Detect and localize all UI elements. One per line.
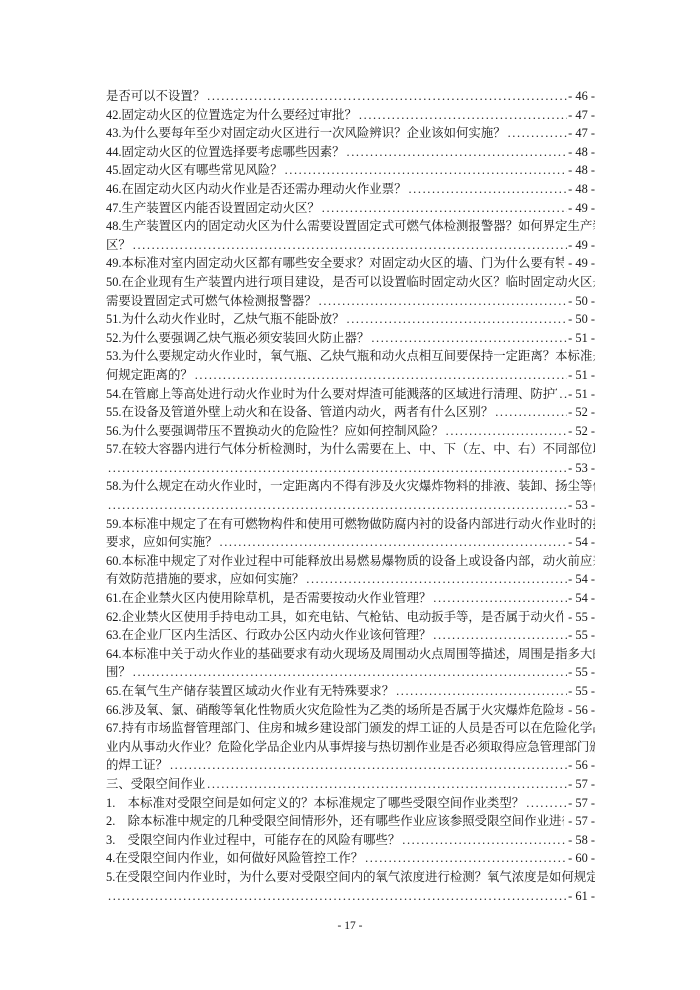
toc-entry-text: 要求，应如何实施？	[106, 533, 218, 552]
dot-leader	[345, 310, 568, 329]
toc-page-number: - 48 -	[567, 143, 595, 162]
toc-entry-text: 1. 本标准对受限空间是如何定义的？本标准规定了哪些受限空间作业类型？	[106, 794, 524, 813]
dot-leader	[317, 292, 568, 311]
toc-entry-text: 63.在企业厂区内生活区、行政办公区内动火作业该何管理？	[106, 626, 431, 645]
dot-leader	[131, 663, 567, 682]
toc-entry-line-last: - 53 -	[106, 496, 595, 515]
toc-entry-line-last: 46.在固定动火区内动火作业是否还需办理动火作业票？- 48 -	[106, 180, 595, 199]
toc-entry-line-last: 52.为什么要强调乙炔气瓶必须安装回火防止器？- 51 -	[106, 329, 595, 348]
toc-entry: 49.本标准对室内固定动火区都有哪些安全要求？对固定动火区的墙、门为什么要有特殊…	[106, 254, 595, 273]
toc-page-number: - 49 -	[567, 236, 595, 255]
toc-page-number: - 52 -	[567, 422, 595, 441]
toc-entry-text: 2. 除本标准中规定的几种受限空间情形外，还有哪些作业应该参照受限空间作业进行管…	[106, 812, 564, 831]
toc-entry-line-last: 42.固定动火区的位置选定为什么要经过审批？- 47 -	[106, 106, 595, 125]
toc-entry: 60.本标准中规定了对作业过程中可能释放出易燃易爆物质的设备上或设备内部，动火前…	[106, 552, 595, 589]
toc-page-number: - 51 -	[567, 329, 595, 348]
toc-entry-text: 区？	[106, 236, 131, 255]
dot-leader	[444, 422, 568, 441]
toc-entry-line-last: 三、受限空间作业- 57 -	[106, 775, 595, 794]
toc-entry-text: 44.固定动火区的位置选择要考虑哪些因素？	[106, 143, 345, 162]
toc-list: 是否可以不设置？- 46 -42.固定动火区的位置选定为什么要经过审批？- 47…	[106, 87, 595, 905]
toc-page-number: - 61 -	[567, 887, 595, 906]
toc-page-number: - 56 -	[567, 701, 595, 720]
toc-entry-text: 54.在管廊上等高处进行动火作业时为什么要对焊渣可能溅落的区域进行清理、防护？	[106, 385, 557, 404]
toc-page-number: - 52 -	[567, 403, 595, 422]
toc-entry: 52.为什么要强调乙炔气瓶必须安装回火防止器？- 51 -	[106, 329, 595, 348]
dot-leader	[431, 589, 567, 608]
toc-entry-line-last: 62.企业禁火区使用手持电动工具，如充电钻、气枪钻、电动扳手等，是否属于动火作业…	[106, 608, 595, 627]
dot-leader	[406, 180, 567, 199]
toc-entry: 59.本标准中规定了在有可燃物构件和使用可燃物做防腐内衬的设备内部进行动火作业时…	[106, 515, 595, 552]
toc-entry: 是否可以不设置？- 46 -	[106, 87, 595, 106]
dot-leader	[205, 87, 567, 106]
toc-page-number: - 47 -	[567, 106, 595, 125]
dot-leader	[304, 570, 567, 589]
toc-entry-text: 66.涉及氧、氯、硝酸等氧化性物质火灾危险性为乙类的场所是否属于火灾爆炸危险场所…	[106, 701, 563, 720]
toc-entry-text: 65.在氧气生产储存装置区域动火作业有无特殊要求？	[106, 682, 394, 701]
dot-leader	[524, 794, 567, 813]
toc-entry-line-last: 区？- 49 -	[106, 236, 595, 255]
toc-entry-text: 3. 受限空间内作业过程中，可能存在的风险有哪些？	[106, 831, 400, 850]
dot-leader	[363, 849, 567, 868]
dot-leader	[320, 199, 567, 218]
toc-page-number: - 53 -	[567, 459, 595, 478]
toc-entry: 57.在较大容器内进行气体分析检测时，为什么需要在上、中、下（左、中、右）不同部…	[106, 440, 595, 477]
toc-entry: 46.在固定动火区内动火作业是否还需办理动火作业票？- 48 -	[106, 180, 595, 199]
toc-page-number: - 48 -	[567, 180, 595, 199]
toc-entry-line: 60.本标准中规定了对作业过程中可能释放出易燃易爆物质的设备上或设备内部，动火前…	[106, 552, 595, 571]
toc-entry-line-last: 4.在受限空间内作业，如何做好风险管控工作？- 60 -	[106, 849, 595, 868]
toc-entry-text: 56.为什么要强调带压不置换动火的危险性？应如何控制风险？	[106, 422, 444, 441]
toc-entry-line-last: 是否可以不设置？- 46 -	[106, 87, 595, 106]
toc-entry-line: 59.本标准中规定了在有可燃物构件和使用可燃物做防腐内衬的设备内部进行动火作业时…	[106, 515, 595, 534]
toc-entry-text: 的焊工证？	[106, 756, 168, 775]
toc-entry-line-last: 51.为什么动火作业时，乙炔气瓶不能卧放？- 50 -	[106, 310, 595, 329]
toc-entry-line-last: 47.生产装置区内能否设置固定动火区？- 49 -	[106, 199, 595, 218]
toc-entry-line-last: 1. 本标准对受限空间是如何定义的？本标准规定了哪些受限空间作业类型？- 57 …	[106, 794, 595, 813]
toc-entry: 1. 本标准对受限空间是如何定义的？本标准规定了哪些受限空间作业类型？- 57 …	[106, 794, 595, 813]
toc-entry-text: 55.在设备及管道外壁上动火和在设备、管道内动火，两者有什么区别？	[106, 403, 493, 422]
toc-entry-line-last: 要求，应如何实施？- 54 -	[106, 533, 595, 552]
toc-page-number: - 55 -	[567, 608, 595, 627]
toc-entry-text: 47.生产装置区内能否设置固定动火区？	[106, 199, 320, 218]
toc-entry: 45.固定动火区有哪些常见风险？- 48 -	[106, 161, 595, 180]
dot-leader	[106, 496, 567, 515]
toc-page-number: - 55 -	[567, 663, 595, 682]
toc-page-number: - 49 -	[567, 199, 595, 218]
toc-entry-line-last: 围？- 55 -	[106, 663, 595, 682]
toc-entry-line: 58.为什么规定在动火作业时，一定距离内不得有涉及火灾爆炸物料的排液、装卸、扬尘…	[106, 477, 595, 496]
toc-entry-line-last: 65.在氧气生产储存装置区域动火作业有无特殊要求？- 55 -	[106, 682, 595, 701]
toc-entry-text: 有效防范措施的要求，应如何实施？	[106, 570, 304, 589]
toc-page-number: - 57 -	[567, 812, 595, 831]
toc-entry-text: 何规定距离的？	[106, 366, 193, 385]
toc-page-number: - 47 -	[567, 124, 595, 143]
toc-entry: 44.固定动火区的位置选择要考虑哪些因素？- 48 -	[106, 143, 595, 162]
toc-page-number: - 53 -	[567, 496, 595, 515]
toc-entry-text: 46.在固定动火区内动火作业是否还需办理动火作业票？	[106, 180, 406, 199]
toc-entry: 4.在受限空间内作业，如何做好风险管控工作？- 60 -	[106, 849, 595, 868]
toc-entry-text: 45.固定动火区有哪些常见风险？	[106, 161, 283, 180]
toc-page-number: - 48 -	[567, 161, 595, 180]
dot-leader	[106, 459, 567, 478]
toc-entry-text: 围？	[106, 663, 131, 682]
toc-entry-text: 是否可以不设置？	[106, 87, 205, 106]
toc-entry-text: 51.为什么动火作业时，乙炔气瓶不能卧放？	[106, 310, 345, 329]
dot-leader	[394, 682, 567, 701]
toc-page-number: - 51 -	[567, 385, 595, 404]
toc-page-number: - 50 -	[567, 310, 595, 329]
toc-page-number: - 57 -	[567, 775, 595, 794]
dot-leader	[506, 124, 568, 143]
toc-entry-line-last: 需要设置固定式可燃气体检测报警器？- 50 -	[106, 292, 595, 311]
toc-entry-text: 62.企业禁火区使用手持电动工具，如充电钻、气枪钻、电动扳手等，是否属于动火作业…	[106, 608, 563, 627]
toc-entry: 42.固定动火区的位置选定为什么要经过审批？- 47 -	[106, 106, 595, 125]
dot-leader	[431, 626, 567, 645]
toc-entry: 43.为什么要每年至少对固定动火区进行一次风险辨识？企业该如何实施？- 47 -	[106, 124, 595, 143]
toc-page-number: - 58 -	[567, 831, 595, 850]
toc-entry: 66.涉及氧、氯、硝酸等氧化性物质火灾危险性为乙类的场所是否属于火灾爆炸危险场所…	[106, 701, 595, 720]
toc-entry: 62.企业禁火区使用手持电动工具，如充电钻、气枪钻、电动扳手等，是否属于动火作业…	[106, 608, 595, 627]
dot-leader	[106, 887, 567, 906]
toc-entry-line-last: 的焊工证？- 56 -	[106, 756, 595, 775]
toc-entry-line: 48.生产装置区内的固定动火区为什么需要设置固定式可燃气体检测报警器？如何界定生…	[106, 217, 595, 236]
dot-leader	[131, 236, 567, 255]
toc-entry-line-last: 49.本标准对室内固定动火区都有哪些安全要求？对固定动火区的墙、门为什么要有特殊…	[106, 254, 595, 273]
toc-entry-line: 57.在较大容器内进行气体分析检测时，为什么需要在上、中、下（左、中、右）不同部…	[106, 440, 595, 459]
toc-entry-line-last: 2. 除本标准中规定的几种受限空间情形外，还有哪些作业应该参照受限空间作业进行管…	[106, 812, 595, 831]
dot-leader	[193, 366, 567, 385]
toc-entry-line-last: 3. 受限空间内作业过程中，可能存在的风险有哪些？- 58 -	[106, 831, 595, 850]
toc-entry-line-last: - 53 -	[106, 459, 595, 478]
toc-entry: 64.本标准中关于动火作业的基础要求有动火现场及周围动火点周围等描述，周围是指多…	[106, 645, 595, 682]
toc-entry-text: 43.为什么要每年至少对固定动火区进行一次风险辨识？企业该如何实施？	[106, 124, 506, 143]
toc-entry: 2. 除本标准中规定的几种受限空间情形外，还有哪些作业应该参照受限空间作业进行管…	[106, 812, 595, 831]
toc-page-number: - 57 -	[567, 794, 595, 813]
toc-entry: 67.持有市场监督管理部门、住房和城乡建设部门颁发的焊工证的人员是否可以在危险化…	[106, 719, 595, 775]
toc-page-number: - 54 -	[567, 589, 595, 608]
toc-entry-text: 4.在受限空间内作业，如何做好风险管控工作？	[106, 849, 363, 868]
toc-entry-line-last: 44.固定动火区的位置选择要考虑哪些因素？- 48 -	[106, 143, 595, 162]
toc-entry: 65.在氧气生产储存装置区域动火作业有无特殊要求？- 55 -	[106, 682, 595, 701]
dot-leader	[557, 385, 567, 404]
document-page: { "document": { "footer_page_number": "-…	[0, 0, 700, 990]
toc-entry: 56.为什么要强调带压不置换动火的危险性？应如何控制风险？- 52 -	[106, 422, 595, 441]
toc-entry-line-last: 54.在管廊上等高处进行动火作业时为什么要对焊渣可能溅落的区域进行清理、防护？-…	[106, 385, 595, 404]
toc-entry-line: 67.持有市场监督管理部门、住房和城乡建设部门颁发的焊工证的人员是否可以在危险化…	[106, 719, 595, 738]
toc-page-number: - 54 -	[567, 570, 595, 589]
toc-entry: 5.在受限空间内作业时，为什么要对受限空间内的氧气浓度进行检测？氧气浓度是如何规…	[106, 868, 595, 905]
toc-page-number: - 46 -	[567, 87, 595, 106]
toc-entry-line: 64.本标准中关于动火作业的基础要求有动火现场及周围动火点周围等描述，周围是指多…	[106, 645, 595, 664]
toc-entry-text: 61.在企业禁火区内使用除草机，是否需要按动火作业管理？	[106, 589, 431, 608]
toc-entry-line: 5.在受限空间内作业时，为什么要对受限空间内的氧气浓度进行检测？氧气浓度是如何规…	[106, 868, 595, 887]
dot-leader	[400, 831, 567, 850]
toc-entry: 53.为什么要规定动火作业时，氧气瓶、乙炔气瓶和动火点相互间要保持一定距离？本标…	[106, 347, 595, 384]
toc-entry-text: 49.本标准对室内固定动火区都有哪些安全要求？对固定动火区的墙、门为什么要有特殊…	[106, 254, 564, 273]
toc-entry-line-last: 何规定距离的？- 51 -	[106, 366, 595, 385]
toc-entry-line-last: 63.在企业厂区内生活区、行政办公区内动火作业该何管理？- 55 -	[106, 626, 595, 645]
toc-entry-line: 50.在企业现有生产装置内进行项目建设，是否可以设置临时固定动火区？临时固定动火…	[106, 273, 595, 292]
toc-entry: 58.为什么规定在动火作业时，一定距离内不得有涉及火灾爆炸物料的排液、装卸、扬尘…	[106, 477, 595, 514]
toc-entry-line-last: 43.为什么要每年至少对固定动火区进行一次风险辨识？企业该如何实施？- 47 -	[106, 124, 595, 143]
toc-entry-line-last: - 61 -	[106, 887, 595, 906]
page-number-footer: - 17 -	[0, 920, 700, 932]
toc-entry: 61.在企业禁火区内使用除草机，是否需要按动火作业管理？- 54 -	[106, 589, 595, 608]
dot-leader	[205, 775, 567, 794]
toc-entry-line-last: 55.在设备及管道外壁上动火和在设备、管道内动火，两者有什么区别？- 52 -	[106, 403, 595, 422]
toc-page-number: - 55 -	[567, 682, 595, 701]
toc-entry-text: 需要设置固定式可燃气体检测报警器？	[106, 292, 317, 311]
toc-entry: 3. 受限空间内作业过程中，可能存在的风险有哪些？- 58 -	[106, 831, 595, 850]
toc-entry-line: 业内从事动火作业？危险化学品企业内从事焊接与热切割作业是否必须取得应急管理部门颁…	[106, 738, 595, 757]
dot-leader	[168, 756, 567, 775]
toc-entry-line-last: 66.涉及氧、氯、硝酸等氧化性物质火灾危险性为乙类的场所是否属于火灾爆炸危险场所…	[106, 701, 595, 720]
dot-leader	[369, 329, 567, 348]
toc-page-number: - 54 -	[567, 533, 595, 552]
dot-leader	[283, 161, 568, 180]
toc-page-number: - 49 -	[567, 254, 595, 273]
toc-entry: 48.生产装置区内的固定动火区为什么需要设置固定式可燃气体检测报警器？如何界定生…	[106, 217, 595, 254]
toc-entry-line: 53.为什么要规定动火作业时，氧气瓶、乙炔气瓶和动火点相互间要保持一定距离？本标…	[106, 347, 595, 366]
toc-entry-line-last: 有效防范措施的要求，应如何实施？- 54 -	[106, 570, 595, 589]
dot-leader	[493, 403, 567, 422]
toc-page-number: - 51 -	[567, 366, 595, 385]
toc-entry: 50.在企业现有生产装置内进行项目建设，是否可以设置临时固定动火区？临时固定动火…	[106, 273, 595, 310]
dot-leader	[218, 533, 568, 552]
toc-page-number: - 55 -	[567, 626, 595, 645]
toc-entry: 47.生产装置区内能否设置固定动火区？- 49 -	[106, 199, 595, 218]
toc-entry-line-last: 61.在企业禁火区内使用除草机，是否需要按动火作业管理？- 54 -	[106, 589, 595, 608]
toc-entry: 51.为什么动火作业时，乙炔气瓶不能卧放？- 50 -	[106, 310, 595, 329]
toc-page-number: - 50 -	[567, 292, 595, 311]
toc-page-number: - 56 -	[567, 756, 595, 775]
toc-entry-text: 三、受限空间作业	[106, 775, 205, 794]
dot-leader	[357, 106, 567, 125]
toc-entry: 54.在管廊上等高处进行动火作业时为什么要对焊渣可能溅落的区域进行清理、防护？-…	[106, 385, 595, 404]
toc-entry-text: 52.为什么要强调乙炔气瓶必须安装回火防止器？	[106, 329, 369, 348]
toc-entry: 55.在设备及管道外壁上动火和在设备、管道内动火，两者有什么区别？- 52 -	[106, 403, 595, 422]
toc-entry-text: 42.固定动火区的位置选定为什么要经过审批？	[106, 106, 357, 125]
dot-leader	[345, 143, 568, 162]
toc-entry-line-last: 56.为什么要强调带压不置换动火的危险性？应如何控制风险？- 52 -	[106, 422, 595, 441]
toc-entry-line-last: 45.固定动火区有哪些常见风险？- 48 -	[106, 161, 595, 180]
toc-entry: 三、受限空间作业- 57 -	[106, 775, 595, 794]
toc-page-number: - 60 -	[567, 849, 595, 868]
toc-entry: 63.在企业厂区内生活区、行政办公区内动火作业该何管理？- 55 -	[106, 626, 595, 645]
